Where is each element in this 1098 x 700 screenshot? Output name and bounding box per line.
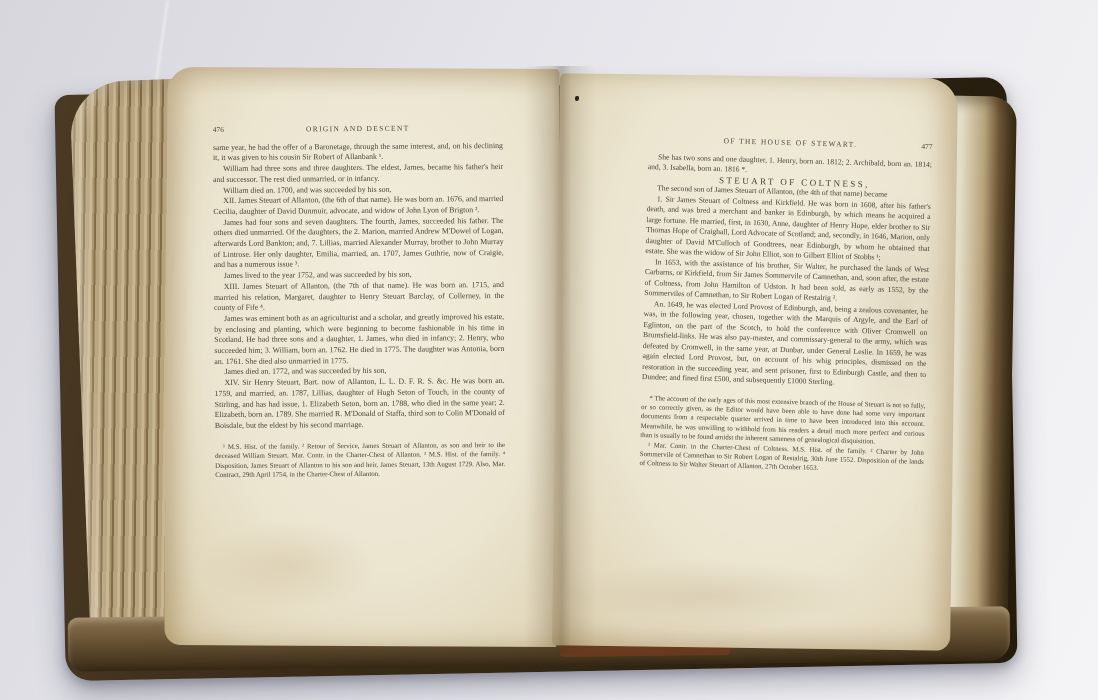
right-page-text: OF THE HOUSE OF STEWART. 477 She has two… <box>639 134 932 477</box>
right-page-number: 477 <box>890 141 932 153</box>
paragraph: 1. Sir James Steuart of Coltness and Kir… <box>645 194 931 265</box>
paragraph: James was eminent both as an agriculturi… <box>214 312 504 368</box>
paragraph: XII. James Steuart of Allanton, (the 6th… <box>213 194 503 217</box>
gutter-shadow <box>524 66 596 654</box>
right-head-spacer <box>649 141 691 142</box>
paragraph: James had four sons and seven daughters.… <box>213 216 503 272</box>
left-page-number: 476 <box>213 125 255 136</box>
footnote: ¹ M.S. Hist. of the family. ² Retour of … <box>215 441 505 481</box>
paragraph: XIV. Sir Henry Steuart, Bart. now of All… <box>215 376 505 432</box>
book-photo: 476 ORIGIN AND DESCENT same year, he had… <box>0 0 1098 700</box>
paragraph: same year, he had the offer of a Baronet… <box>213 141 503 164</box>
left-page-text: 476 ORIGIN AND DESCENT same year, he had… <box>213 123 505 480</box>
left-running-head-row: 476 ORIGIN AND DESCENT <box>213 123 503 136</box>
paragraph: In 1653, with the assistance of his brot… <box>644 257 929 307</box>
footnote-editor-note: * The account of the early ages of this … <box>640 393 925 448</box>
paragraph: An. 1649, he was elected Lord Provost of… <box>642 299 928 391</box>
right-footnotes: * The account of the early ages of this … <box>639 393 925 476</box>
paragraph: XIII. James Steuart of Allanton, (the 7t… <box>214 280 504 314</box>
left-running-head: ORIGIN AND DESCENT <box>255 123 461 135</box>
left-footnotes: ¹ M.S. Hist. of the family. ² Retour of … <box>215 441 505 481</box>
paragraph: William had three sons and three daughte… <box>213 162 503 185</box>
